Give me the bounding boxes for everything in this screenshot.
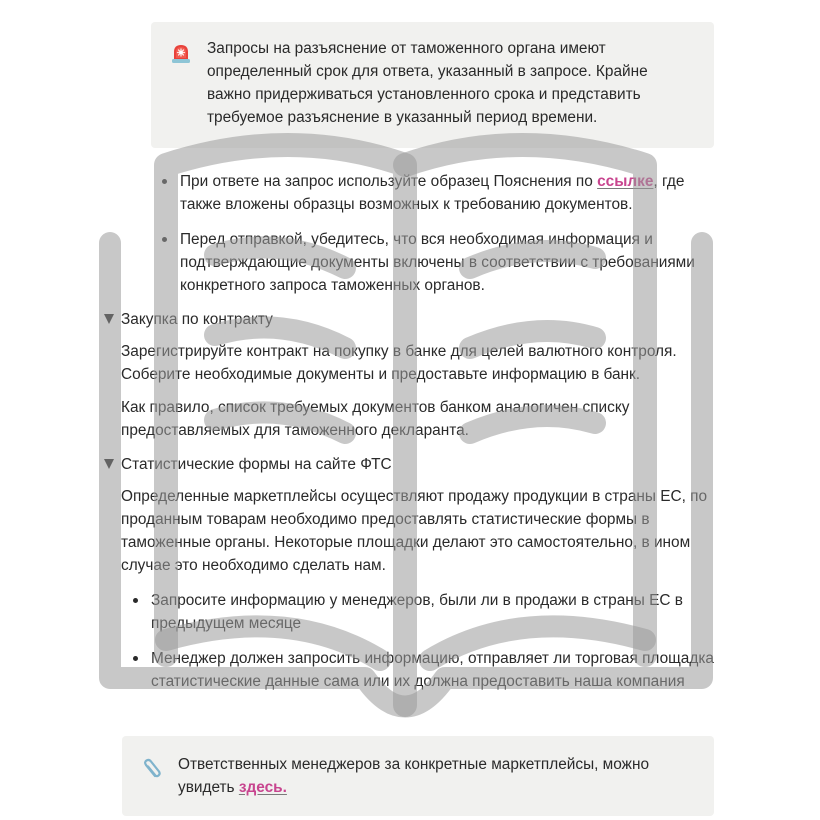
paperclip-icon [138,756,162,780]
toggle-label[interactable]: Закупка по контракту [121,308,273,331]
toggle-label[interactable]: Статистические формы на сайте ФТС [121,453,392,476]
deadline-callout: Запросы на разъяснение от таможенного ор… [151,22,714,148]
callout-text: Запросы на разъяснение от таможенного ор… [207,37,687,129]
list-item-text-before: При ответе на запрос используйте образец… [180,173,597,190]
paragraph: Зарегистрируйте контракт на покупку в ба… [121,340,721,386]
list-item-text: Запросите информацию у менеджеров, были … [151,589,721,635]
paragraph: Определенные маркетплейсы осуществляют п… [121,485,721,577]
bullet-dot [162,237,167,242]
siren-icon [169,42,193,66]
document-page: Запросы на разъяснение от таможенного ор… [0,0,820,820]
managers-callout: Ответственных менеджеров за конкретные м… [122,736,714,816]
managers-link[interactable]: здесь. [239,779,287,796]
bullet-dot [162,179,167,184]
list-item-text: При ответе на запрос используйте образец… [180,170,720,216]
sample-explanation-link[interactable]: ссылке [597,173,653,190]
bullet-dot [133,656,138,661]
toggle-arrow-icon[interactable] [104,459,114,469]
bullet-dot [133,598,138,603]
list-item-text: Перед отправкой, убедитесь, что вся необ… [180,228,725,297]
list-item-text: Менеджер должен запросить информацию, от… [151,647,721,693]
callout-text: Ответственных менеджеров за конкретные м… [178,753,698,799]
paragraph: Как правило, список требуемых документов… [121,396,721,442]
toggle-arrow-icon[interactable] [104,314,114,324]
